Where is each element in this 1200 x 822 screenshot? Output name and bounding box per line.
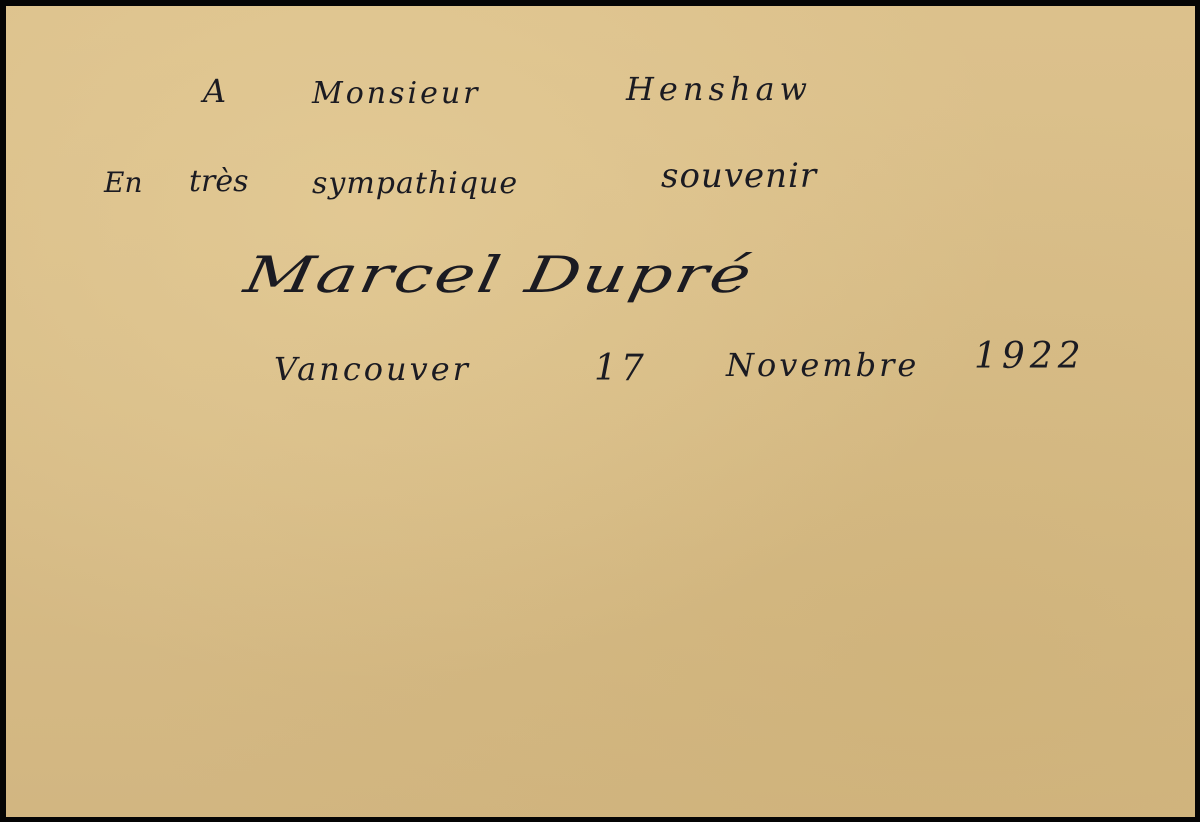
place-name: Vancouver [274, 350, 471, 388]
dedication-word-souvenir: souvenir [661, 156, 817, 196]
dedication-word-en: En [104, 166, 142, 199]
date-day: 17 [594, 348, 648, 389]
scan-border: A Monsieur Henshaw En très sympathique s… [0, 0, 1200, 822]
dedication-word-sympathique: sympathique [312, 166, 518, 201]
salutation-word-monsieur: Monsieur [312, 76, 481, 111]
dedication-word-tres: très [189, 164, 249, 199]
date-year: 1922 [974, 336, 1086, 377]
recipient-name: Henshaw [626, 70, 812, 108]
salutation-word-a: A [203, 72, 226, 110]
paper-sheet: A Monsieur Henshaw En très sympathique s… [6, 6, 1195, 817]
signature: Marcel Dupré [240, 246, 759, 304]
date-month: Novembre [726, 346, 919, 384]
